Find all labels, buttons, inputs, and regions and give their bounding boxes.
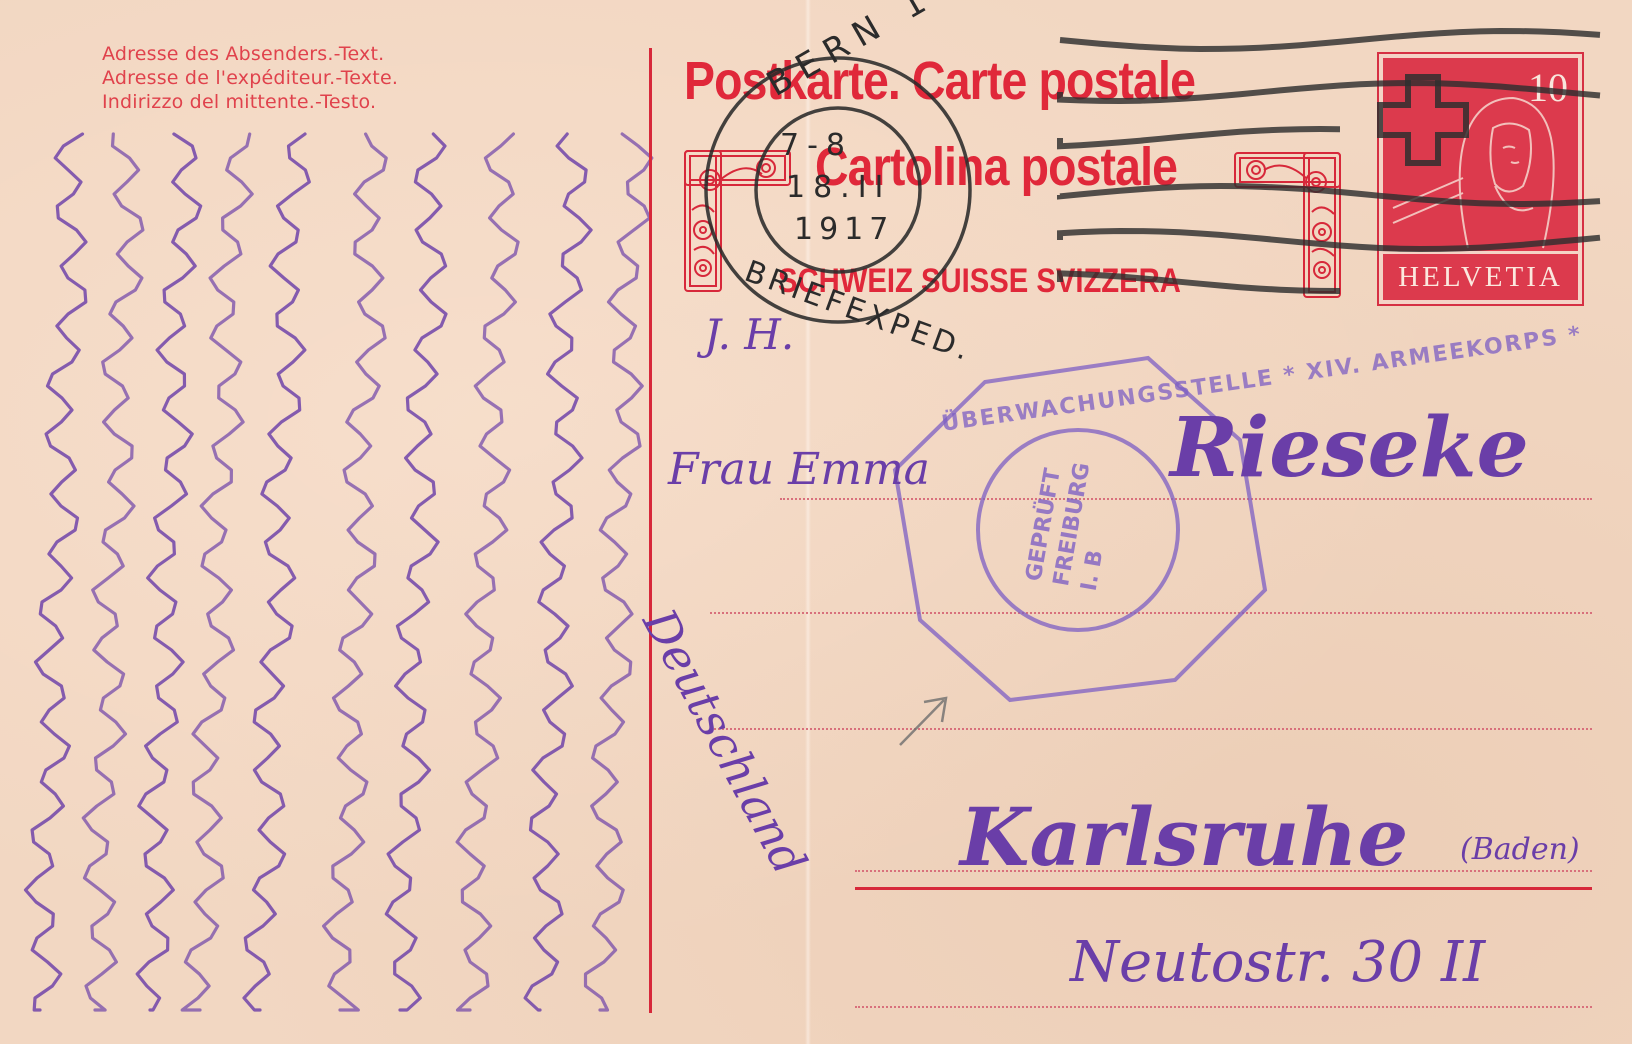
postcard: Adresse des Absenders.-Text. Adresse de … [0, 0, 1632, 1044]
recipient-street: Neutostr. 30 II [1070, 930, 1485, 995]
censor-inner-text: GEPRÜFT FREIBURG I. B [1020, 456, 1124, 594]
recipient-region: (Baden) [1460, 832, 1580, 867]
sender-label-fr: Adresse de l'expéditeur.-Texte. [102, 66, 398, 90]
ornament-right-icon [1234, 152, 1344, 300]
recipient-surname: Rieseke [1170, 400, 1529, 496]
postage-stamp: 10 HELVETIA [1377, 52, 1584, 306]
postmark-date: 18.II [786, 170, 891, 205]
sender-label-it: Indirizzo del mittente.-Testo. [102, 90, 398, 114]
stamp-country: HELVETIA [1383, 251, 1578, 300]
address-line-3 [710, 728, 1592, 730]
address-line-2 [710, 612, 1592, 614]
card-title: Postkarte. Carte postale [684, 50, 1195, 112]
stamp-value: 10 [1528, 64, 1568, 111]
address-line-5 [855, 1006, 1592, 1008]
sender-label-de: Adresse des Absenders.-Text. [102, 42, 398, 66]
postmark-time: 7-8 [780, 128, 853, 163]
recipient-name-line: Frau Emma [668, 444, 930, 495]
recipient-city: Karlsruhe [960, 790, 1408, 884]
address-line-1 [780, 498, 1592, 500]
postmark-year: 1917 [794, 212, 894, 247]
recipient-prefix: J. H. [704, 310, 794, 359]
recipient-country: Deutschland [632, 600, 817, 884]
sender-address-label: Adresse des Absenders.-Text. Adresse de … [102, 42, 398, 114]
address-underline [855, 887, 1592, 890]
vertical-divider [649, 48, 652, 1013]
